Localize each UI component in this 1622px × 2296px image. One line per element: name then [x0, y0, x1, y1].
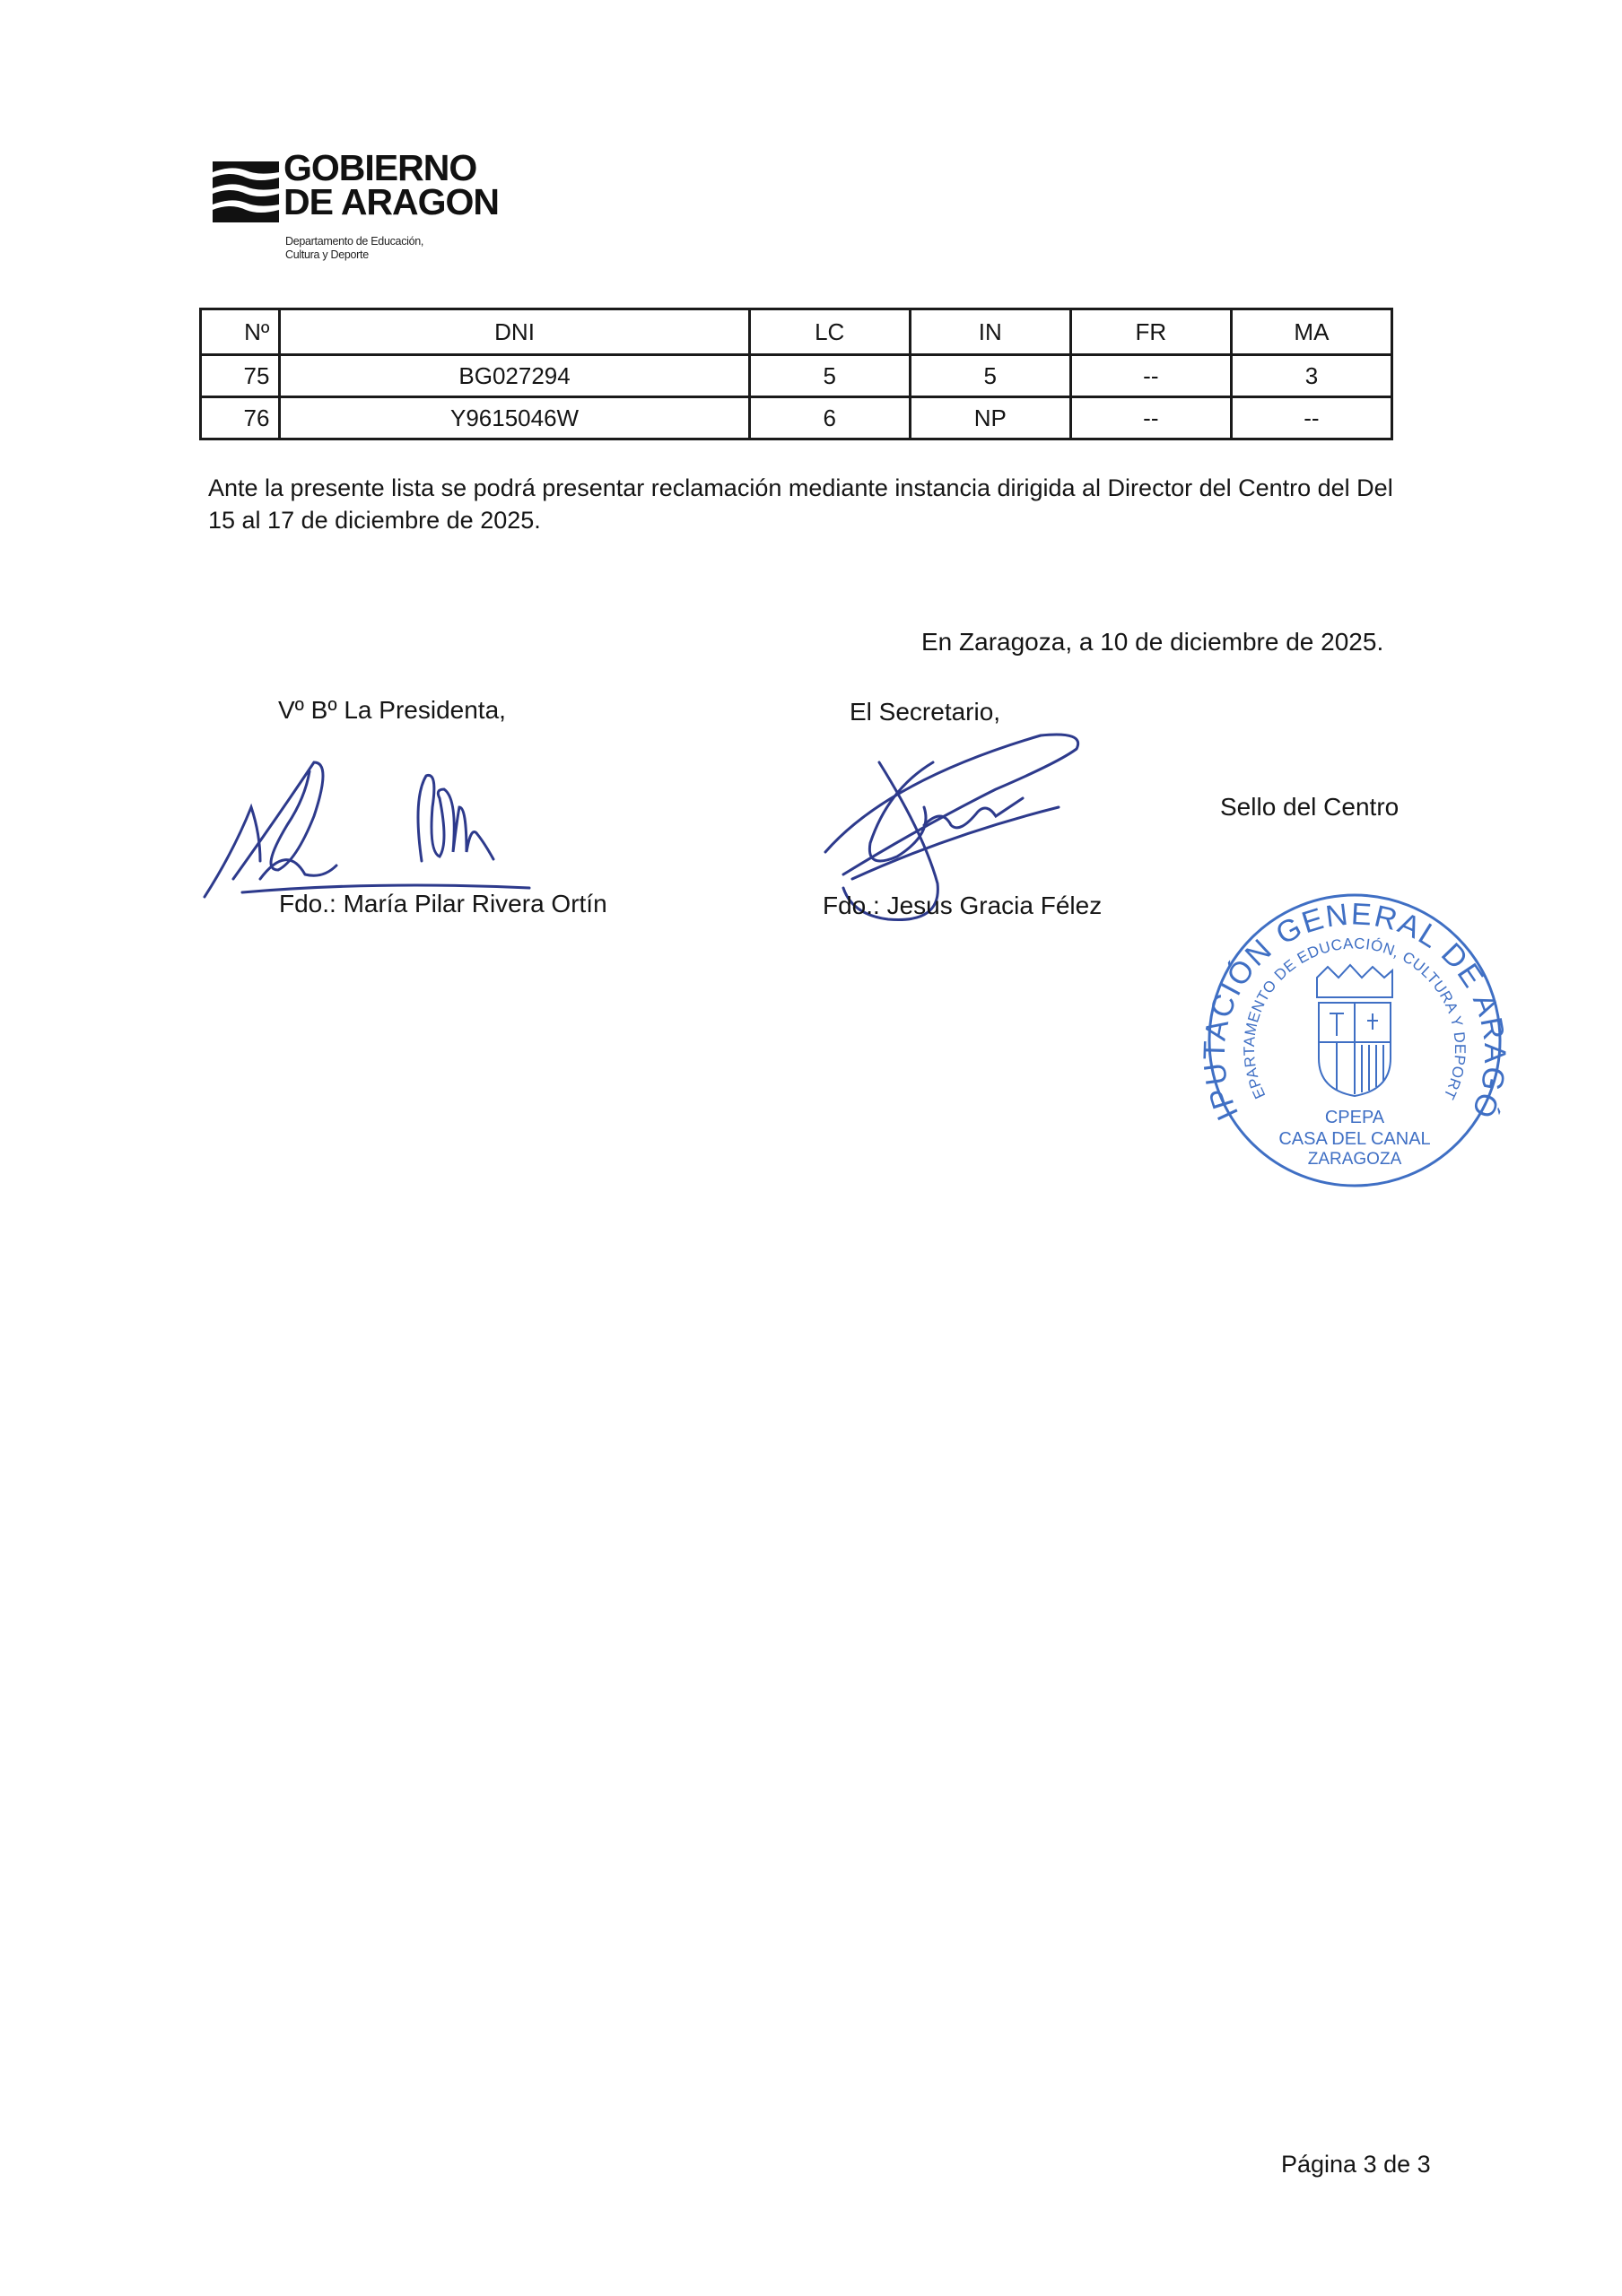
column-header-ma: MA [1231, 309, 1391, 355]
cell-in: NP [910, 397, 1070, 439]
seal-center-line2: CASA DEL CANAL [1278, 1129, 1430, 1149]
cell-dni: Y9615046W [280, 397, 749, 439]
official-seal-icon: DIPUTACIÓN GENERAL DE ARAGÓN DEPARTAMENT… [1202, 888, 1507, 1193]
grades-table: Nº DNI LC IN FR MA 75 BG027294 5 5 -- 3 … [199, 308, 1393, 440]
seal-center-line1: CPEPA [1325, 1108, 1385, 1127]
org-name: GOBIERNO DE ARAGON [283, 151, 499, 219]
cell-number: 76 [201, 397, 280, 439]
secretary-title: El Secretario, [850, 698, 1000, 726]
president-name: Fdo.: María Pilar Rivera Ortín [279, 890, 607, 918]
cell-ma: -- [1231, 397, 1391, 439]
org-name-line1: GOBIERNO [283, 151, 499, 185]
cell-in: 5 [910, 355, 1070, 397]
table-header-row: Nº DNI LC IN FR MA [201, 309, 1392, 355]
secretary-name: Fdo.: Jesus Gracia Félez [823, 891, 1102, 920]
column-header-dni: DNI [280, 309, 749, 355]
aragon-flag-icon [213, 160, 279, 224]
cell-number: 75 [201, 355, 280, 397]
coat-of-arms-icon [1317, 965, 1392, 1096]
claim-notice: Ante la presente lista se podrá presenta… [208, 472, 1401, 536]
president-title: Vº Bº La Presidenta, [278, 696, 506, 725]
column-header-number: Nº [201, 309, 280, 355]
page-number: Página 3 de 3 [1281, 2151, 1431, 2179]
cell-lc: 6 [749, 397, 910, 439]
cell-fr: -- [1070, 397, 1231, 439]
department-name: Departamento de Educación, Cultura y Dep… [285, 235, 423, 262]
column-header-fr: FR [1070, 309, 1231, 355]
cell-dni: BG027294 [280, 355, 749, 397]
department-line2: Cultura y Deporte [285, 248, 423, 262]
department-line1: Departamento de Educación, [285, 235, 423, 248]
column-header-in: IN [910, 309, 1070, 355]
place-date: En Zaragoza, a 10 de diciembre de 2025. [921, 628, 1383, 657]
column-header-lc: LC [749, 309, 910, 355]
table-row: 75 BG027294 5 5 -- 3 [201, 355, 1392, 397]
org-name-line2: DE ARAGON [283, 185, 499, 219]
cell-fr: -- [1070, 355, 1231, 397]
table-row: 76 Y9615046W 6 NP -- -- [201, 397, 1392, 439]
seal-label: Sello del Centro [1220, 793, 1399, 822]
cell-ma: 3 [1231, 355, 1391, 397]
cell-lc: 5 [749, 355, 910, 397]
seal-center-line3: ZARAGOZA [1308, 1150, 1402, 1169]
